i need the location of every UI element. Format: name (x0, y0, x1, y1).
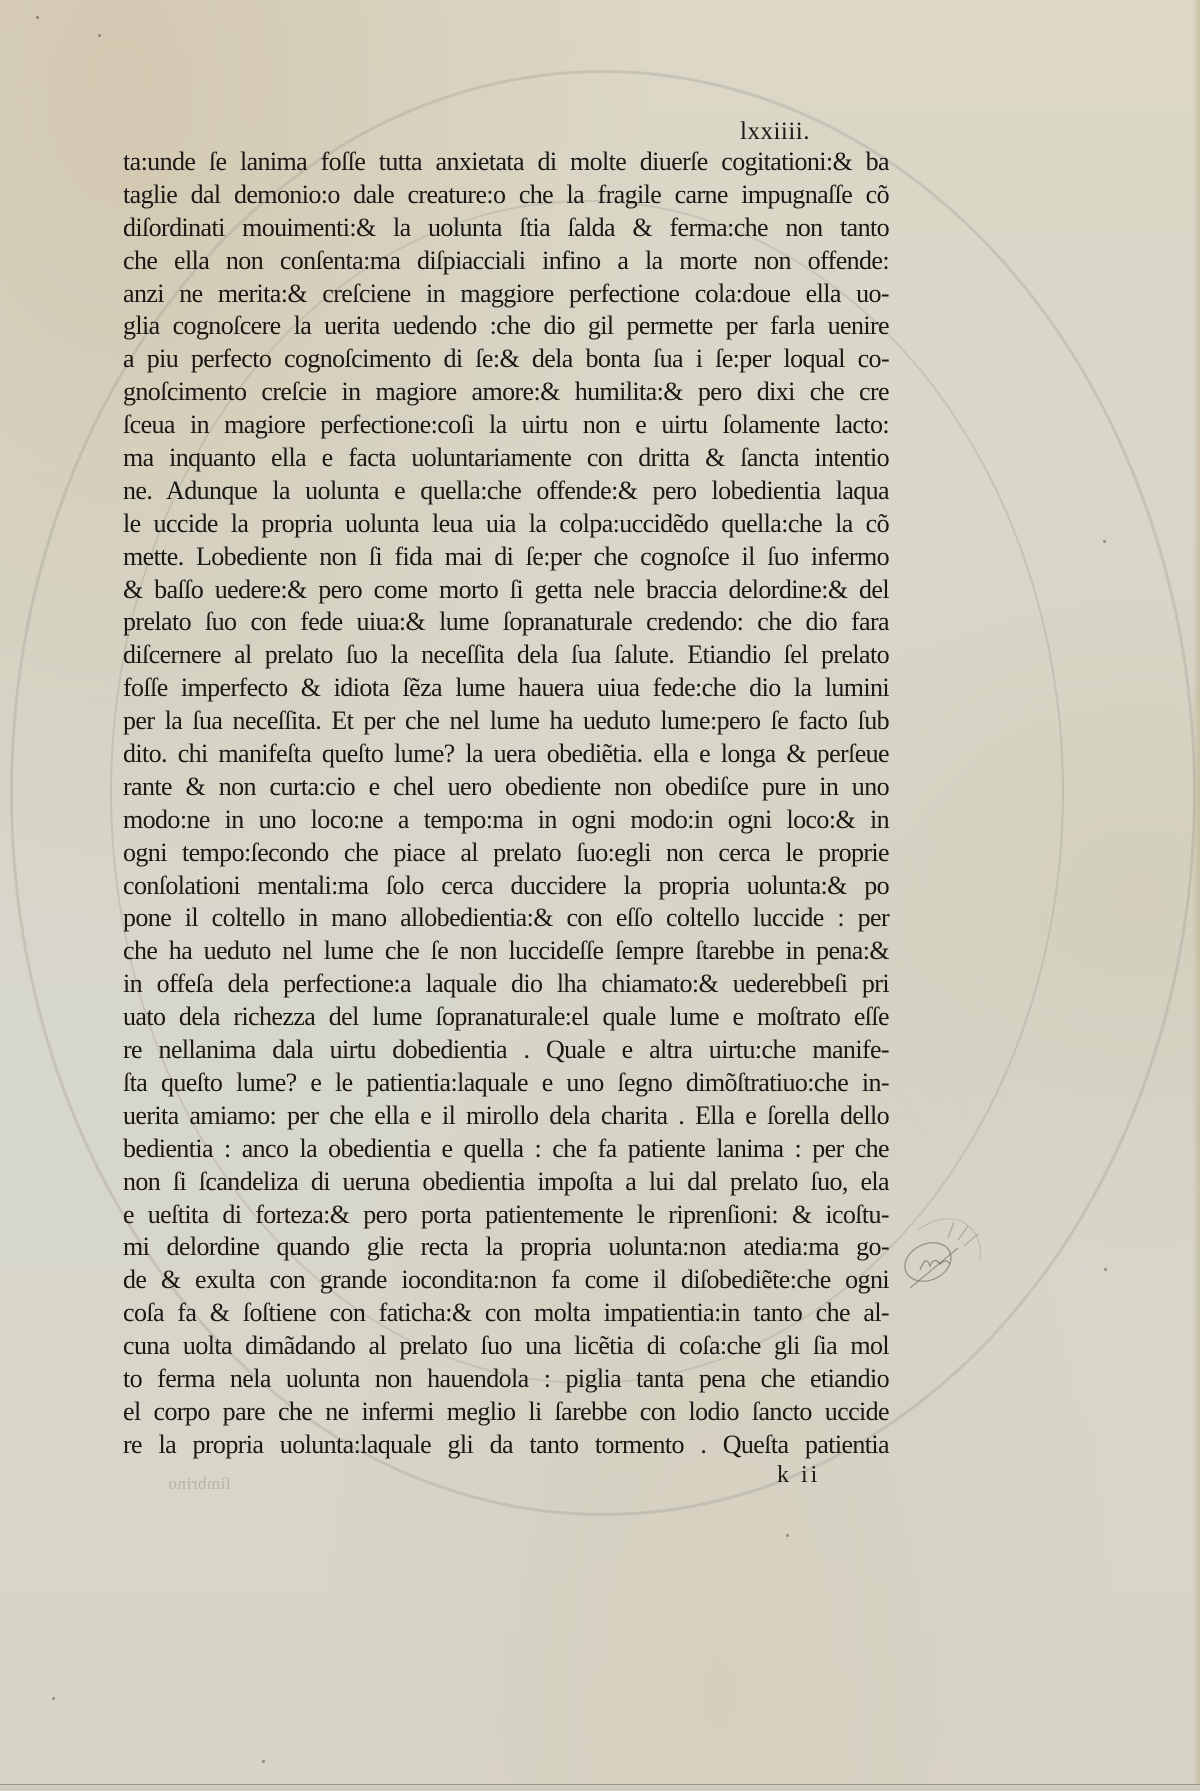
text-line: mi delordine quando glie recta la propri… (123, 1231, 889, 1264)
page-edge-right (1192, 0, 1200, 1784)
show-through-catchword: ſimbrino (168, 1474, 231, 1494)
text-line: prelato ſuo con fede uiua:& lume ſoprana… (123, 606, 889, 639)
text-line: diſcernere al prelato ſuo la neceſſita d… (123, 639, 889, 672)
pencil-annotation-icon (888, 1210, 998, 1300)
paper-speck (786, 1534, 789, 1537)
paper-speck (98, 34, 101, 37)
text-line: che ella non conſenta:ma diſpiacciali in… (123, 245, 889, 278)
text-line: in offeſa dela perfectione:a laquale dio… (123, 968, 889, 1001)
text-line: mette. Lobediente non ſi fida mai di ſe:… (123, 541, 889, 574)
text-line: rante & non curta:cio e chel uero obedie… (123, 771, 889, 804)
text-line: non ſi ſcandeliza di ueruna obedientia i… (123, 1166, 889, 1199)
folio-number: lxxiiii. (740, 118, 810, 146)
text-line: anzi ne merita:& creſciene in maggiore p… (123, 278, 889, 311)
text-line: re la propria uolunta:laquale gli da tan… (123, 1429, 889, 1462)
text-line: pone il coltello in mano allobedientia:&… (123, 902, 889, 935)
text-line: bedientia : anco la obedientia e quella … (123, 1133, 889, 1166)
text-line: de & exulta con grande iocondita:non fa … (123, 1264, 889, 1297)
text-line: ne. Adunque la uolunta e quella:che offe… (123, 475, 889, 508)
text-line: uato dela richezza del lume ſopranatural… (123, 1001, 889, 1034)
paper-speck (262, 1760, 265, 1763)
text-line: gnoſcimento creſcie in magiore amore:& h… (123, 376, 889, 409)
text-line: diſordinati mouimenti:& la uolunta ſtia … (123, 212, 889, 245)
text-line: a piu perfecto cognoſcimento di ſe:& del… (123, 343, 889, 376)
paper-speck (1104, 1268, 1107, 1271)
text-line: & baſſo uedere:& pero come morto ſi gett… (123, 574, 889, 607)
text-line: e ueſtita di forteza:& pero porta patien… (123, 1199, 889, 1232)
text-line: ma inquanto ella e facta uoluntariamente… (123, 442, 889, 475)
text-line: to ferma nela uolunta non hauendola : pi… (123, 1363, 889, 1396)
text-line: modo:ne in uno loco:ne a tempo:ma in ogn… (123, 804, 889, 837)
text-line: coſa fa & ſoſtiene con faticha:& con mol… (123, 1297, 889, 1330)
text-line: le uccide la propria uolunta leua uia la… (123, 508, 889, 541)
text-line: dito. chi manifeſta queſto lume? la uera… (123, 738, 889, 771)
text-line: glia cognoſcere la uerita uedendo :che d… (123, 310, 889, 343)
paper-speck (52, 1697, 55, 1700)
signature-mark: k ii (777, 1462, 820, 1489)
text-line: foſſe imperfecto & idiota ſẽza lume haue… (123, 672, 889, 705)
text-line: cuna uolta dimãdando al prelato ſuo una … (123, 1330, 889, 1363)
page-edge-bottom (0, 1784, 1200, 1791)
text-line: per la ſua neceſſita. Et per che nel lum… (123, 705, 889, 738)
document-page: lxxiiii. ta:unde ſe lanima foſſe tutta a… (0, 0, 1200, 1784)
text-line: ta:unde ſe lanima foſſe tutta anxietata … (123, 146, 889, 179)
text-line: ſta queſto lume? e le patientia:laquale … (123, 1067, 889, 1100)
paper-speck (1103, 540, 1106, 543)
text-block: ta:unde ſe lanima foſſe tutta anxietata … (123, 146, 889, 1462)
text-line: taglie dal demonio:o dale creature:o che… (123, 179, 889, 212)
text-line: uerita amiamo: per che ella e il mirollo… (123, 1100, 889, 1133)
text-line: el corpo pare che ne infermi meglio li ſ… (123, 1396, 889, 1429)
text-line: re nellanima dala uirtu dobedientia . Qu… (123, 1034, 889, 1067)
text-line: ſceua in magiore perfectione:coſi la uir… (123, 409, 889, 442)
text-line: che ha ueduto nel lume che ſe non luccid… (123, 935, 889, 968)
text-line: conſolationi mentali:ma ſolo cerca ducci… (123, 870, 889, 903)
text-line: ogni tempo:ſecondo che piace al prelato … (123, 837, 889, 870)
paper-speck (36, 16, 39, 19)
